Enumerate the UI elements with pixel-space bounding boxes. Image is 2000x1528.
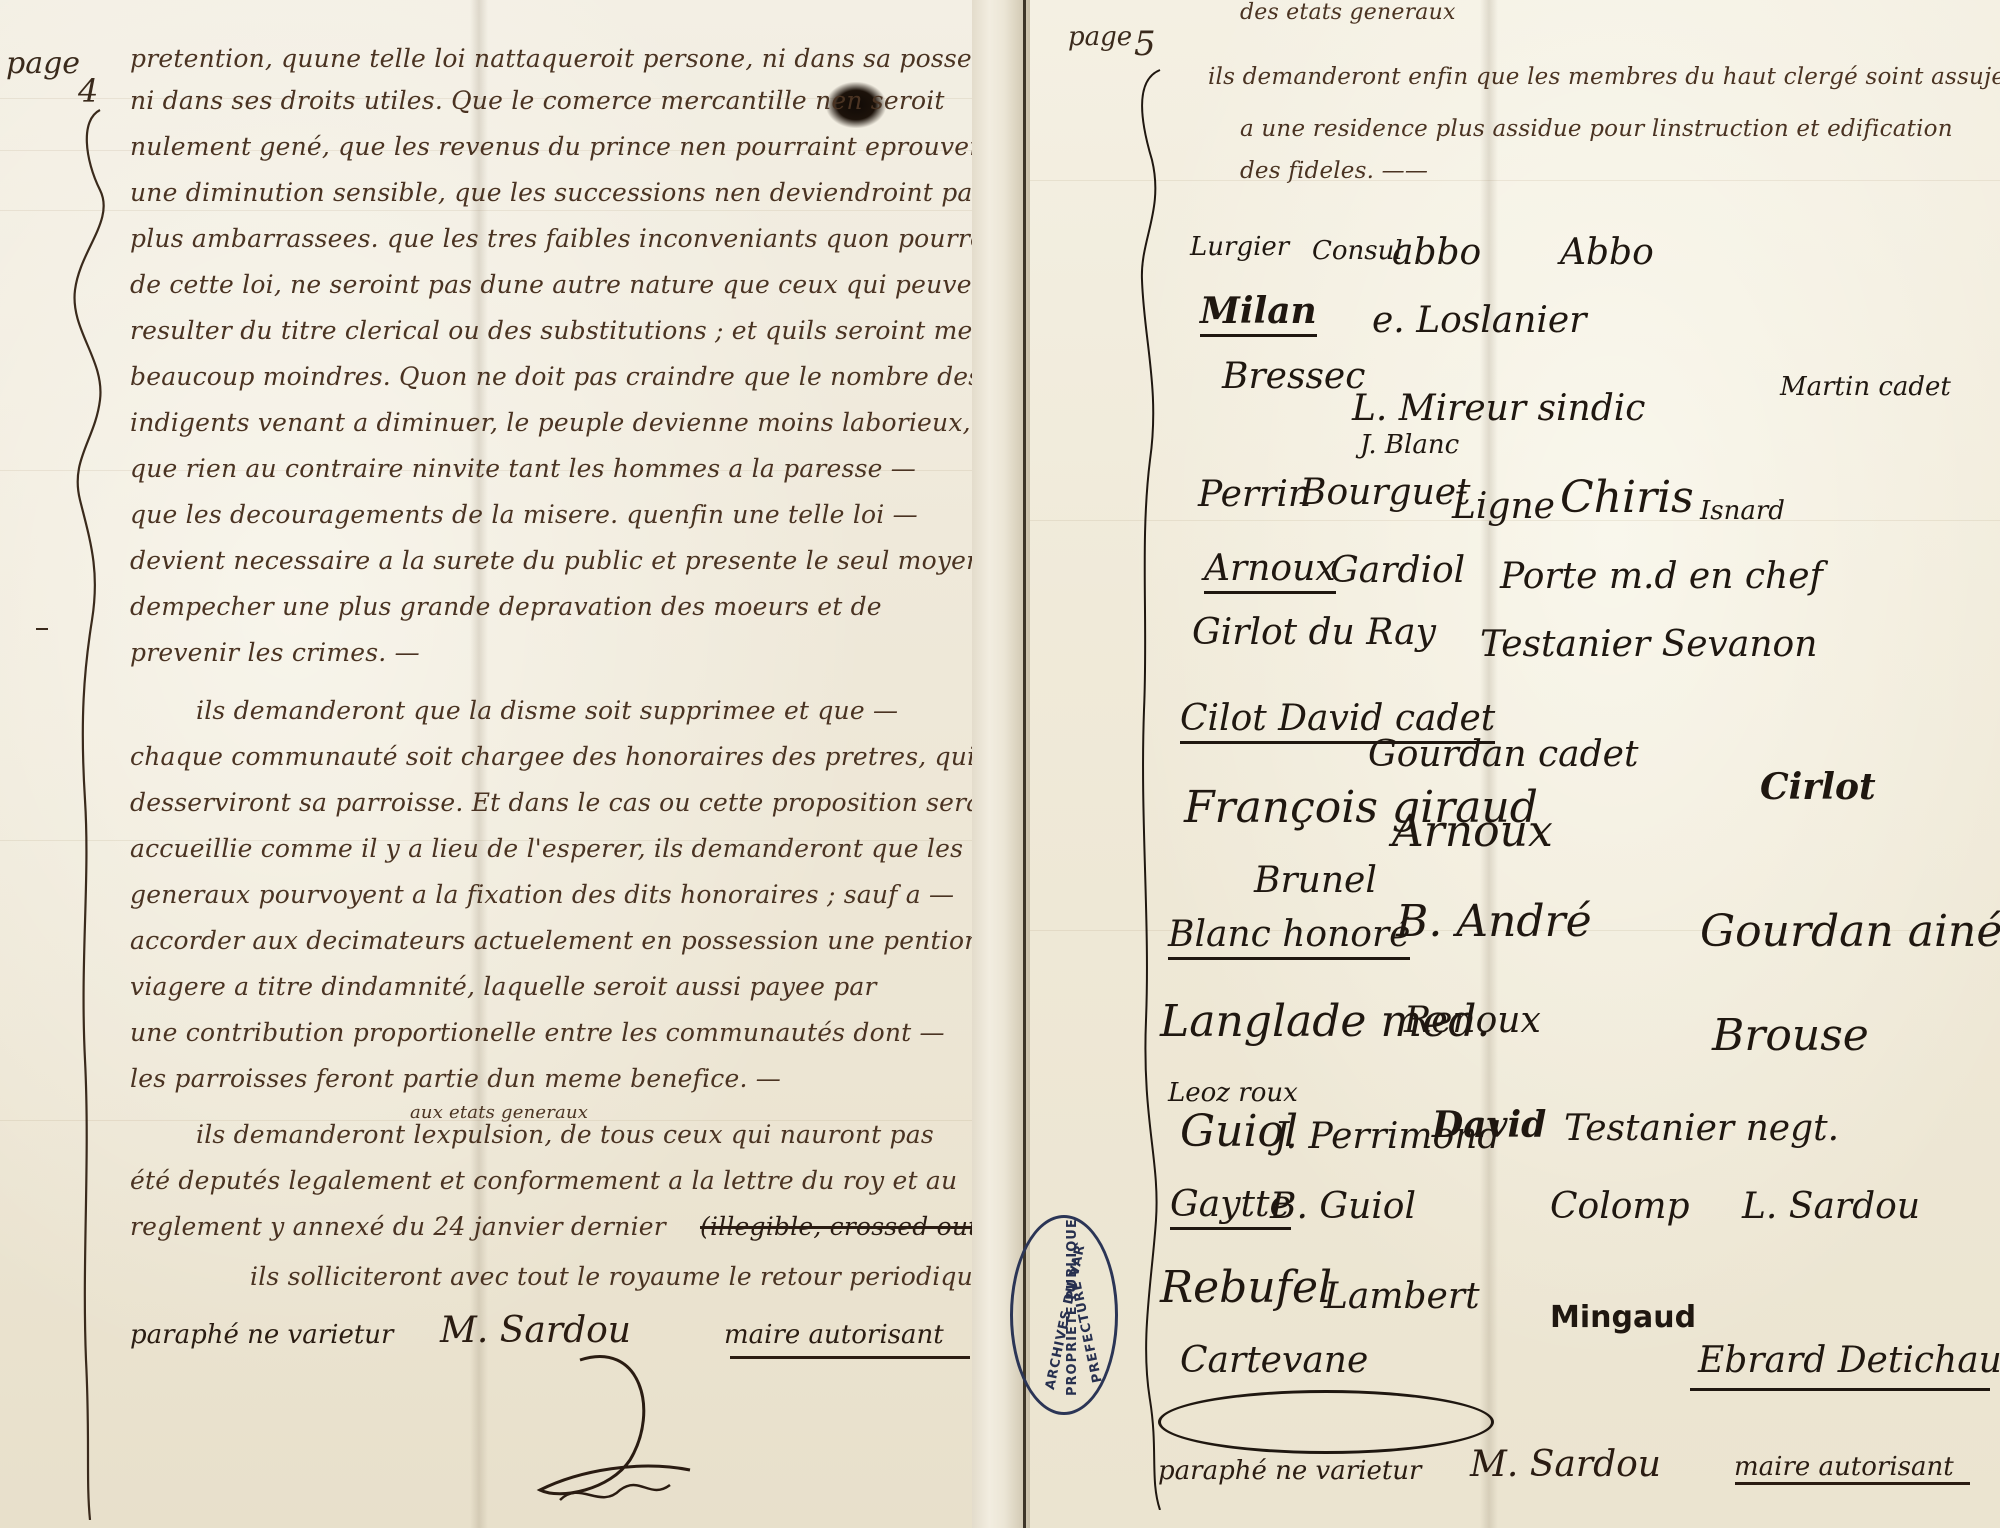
signature: Blanc honoré xyxy=(1168,914,1410,960)
text-line: viagere a titre dindamnité, laquelle ser… xyxy=(130,972,877,1001)
signature: Martin cadet xyxy=(1780,372,1951,402)
text-line: été deputés legalement et conformement a… xyxy=(130,1166,957,1195)
signature: Porte m.d en chef xyxy=(1500,556,1823,597)
signature: Lurgier xyxy=(1190,232,1289,262)
page-label-right: page xyxy=(1068,22,1132,52)
text-line: reglement y annexé du 24 janvier dernier xyxy=(130,1212,666,1241)
signature: abbo xyxy=(1392,232,1481,273)
margin-brace-left xyxy=(60,100,120,1520)
text-line: indigents venant a diminuer, le peuple d… xyxy=(130,408,971,437)
text-line: accueillie comme il y a lieu de l'espere… xyxy=(130,834,1035,863)
mayor-signature: M. Sardou xyxy=(440,1310,631,1351)
page-number-right: 5 xyxy=(1134,24,1156,64)
text-line: ni dans ses droits utiles. Que le comerc… xyxy=(130,86,945,115)
signature: Gourdan cadet xyxy=(1368,734,1638,775)
text-line: ils demanderont lexpulsion, de tous ceux… xyxy=(196,1120,934,1149)
signature: L. Sardou xyxy=(1742,1186,1920,1227)
text-line: que les decouragements de la misere. que… xyxy=(130,500,918,529)
signature: Leoz roux xyxy=(1168,1078,1298,1108)
signature: Ligne xyxy=(1452,486,1555,527)
text-line: chaque communauté soit chargee des honor… xyxy=(130,742,1009,771)
mayor-title: maire autorisant xyxy=(724,1320,944,1350)
text-line: ils demanderont que la disme soit suppri… xyxy=(196,696,898,725)
signature: Perrin xyxy=(1198,474,1311,515)
signature: Cartevane xyxy=(1180,1340,1368,1381)
paraphe-label: paraphé ne varietur xyxy=(1158,1456,1421,1486)
signature: Gardiol xyxy=(1330,550,1465,591)
signature: Testanier Sevanon xyxy=(1480,624,1817,665)
signature: e. Loslanier xyxy=(1372,300,1586,341)
signature: Gourdan ainé xyxy=(1700,906,2000,957)
signature: David xyxy=(1432,1104,1546,1146)
signature-flourish-icon xyxy=(1158,1390,1494,1454)
text-line: beaucoup moindres. Quon ne doit pas crai… xyxy=(130,362,981,391)
signature-underline xyxy=(1735,1482,1970,1485)
text-line: accorder aux decimateurs actuelement en … xyxy=(130,926,981,955)
signature: L. Mireur sindic xyxy=(1352,388,1645,429)
struck-through-text: (illegible, crossed out) xyxy=(700,1212,988,1241)
signature: Abbo xyxy=(1560,232,1654,273)
text-line: que rien au contraire ninvite tant les h… xyxy=(130,454,916,483)
signature: Testanier negt. xyxy=(1564,1108,1839,1149)
signature: Girlot du Ray xyxy=(1192,612,1436,653)
signature-underline xyxy=(1690,1388,1990,1391)
signature: Brouse xyxy=(1712,1010,1869,1061)
text-line: les parroisses feront partie dun meme be… xyxy=(130,1064,781,1093)
signature: Bourguet xyxy=(1300,472,1471,513)
text-line: ils solliciteront avec tout le royaume l… xyxy=(250,1262,988,1291)
text-line: resulter du titre clerical ou des substi… xyxy=(130,316,1011,345)
signature: Mingaud xyxy=(1550,1300,1696,1335)
mayor-title: maire autorisant xyxy=(1734,1452,1954,1482)
text-line: une diminution sensible, que les success… xyxy=(130,178,1019,207)
text-line: de cette loi, ne seroint pas dune autre … xyxy=(130,270,1032,299)
signature: Ebrard Detichaud xyxy=(1698,1340,2000,1381)
signature: Rebufel xyxy=(1160,1262,1332,1313)
signature: Chiris xyxy=(1560,472,1694,523)
text-line: prevenir les crimes. — xyxy=(130,638,420,667)
signature: Arnoux xyxy=(1392,806,1553,857)
text-line: nulement gené, que les revenus du prince… xyxy=(130,132,981,161)
text-line: a une residence plus assidue pour linstr… xyxy=(1240,116,1953,142)
signature-flourish-icon xyxy=(520,1350,720,1520)
signature: Milan xyxy=(1200,290,1317,337)
header-continuation: des etats generaux xyxy=(1240,0,1456,25)
signature: B. André xyxy=(1396,896,1592,947)
text-line: des fideles. —— xyxy=(1240,158,1428,184)
signature: Consul xyxy=(1312,236,1403,266)
signature: Bressec xyxy=(1222,356,1365,397)
text-line: devient necessaire a la surete du public… xyxy=(130,546,982,575)
signature: Isnard xyxy=(1700,496,1785,526)
text-line: une contribution proportionelle entre le… xyxy=(130,1018,945,1047)
archive-stamp: ARCHIVES DU VAR PROPRIETE PUBLIQUE PREFE… xyxy=(1010,1215,1118,1415)
signature: Colomp xyxy=(1550,1186,1690,1227)
signature: Renoux xyxy=(1404,1000,1541,1041)
text-line: dempecher une plus grande depravation de… xyxy=(130,592,882,621)
margin-tick xyxy=(36,628,48,630)
text-line: desserviront sa parroisse. Et dans le ca… xyxy=(130,788,1015,817)
signature: B. Guiol xyxy=(1270,1186,1416,1227)
signature: Brunel xyxy=(1254,860,1377,901)
text-line: pretention, quune telle loi nattaqueroit… xyxy=(130,44,1046,73)
page-label-left: page xyxy=(6,46,80,81)
paraphe-label: paraphé ne varietur xyxy=(130,1320,393,1350)
signature: Lambert xyxy=(1324,1276,1480,1317)
signature: Cirlot xyxy=(1760,766,1876,808)
signature: J. Blanc xyxy=(1360,430,1459,460)
mayor-signature: M. Sardou xyxy=(1470,1444,1661,1485)
signature-underline xyxy=(730,1356,970,1359)
signature: Arnoux xyxy=(1204,548,1336,594)
text-line: generaux pourvoyent a la fixation des di… xyxy=(130,880,954,909)
text-line: ils demanderont enfin que les membres du… xyxy=(1208,64,2000,90)
